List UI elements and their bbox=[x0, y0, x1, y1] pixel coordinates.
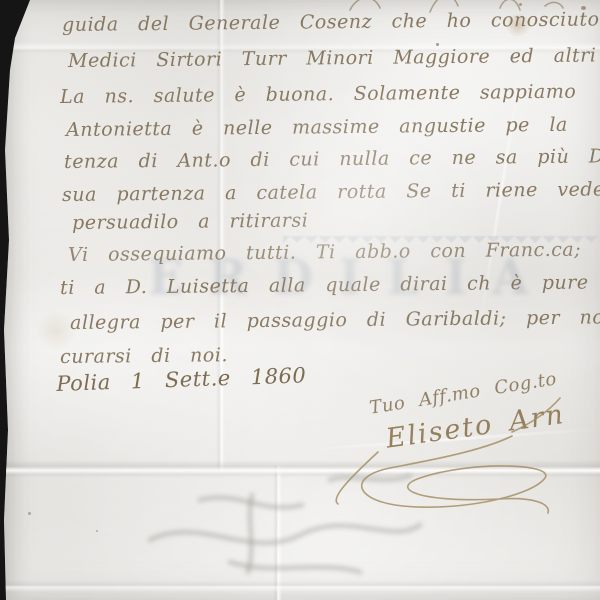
letter-paper: ERDILIA bbox=[0, 0, 600, 600]
scan-background: ERDILIA bbox=[0, 0, 600, 600]
signature-flourish bbox=[0, 0, 600, 600]
